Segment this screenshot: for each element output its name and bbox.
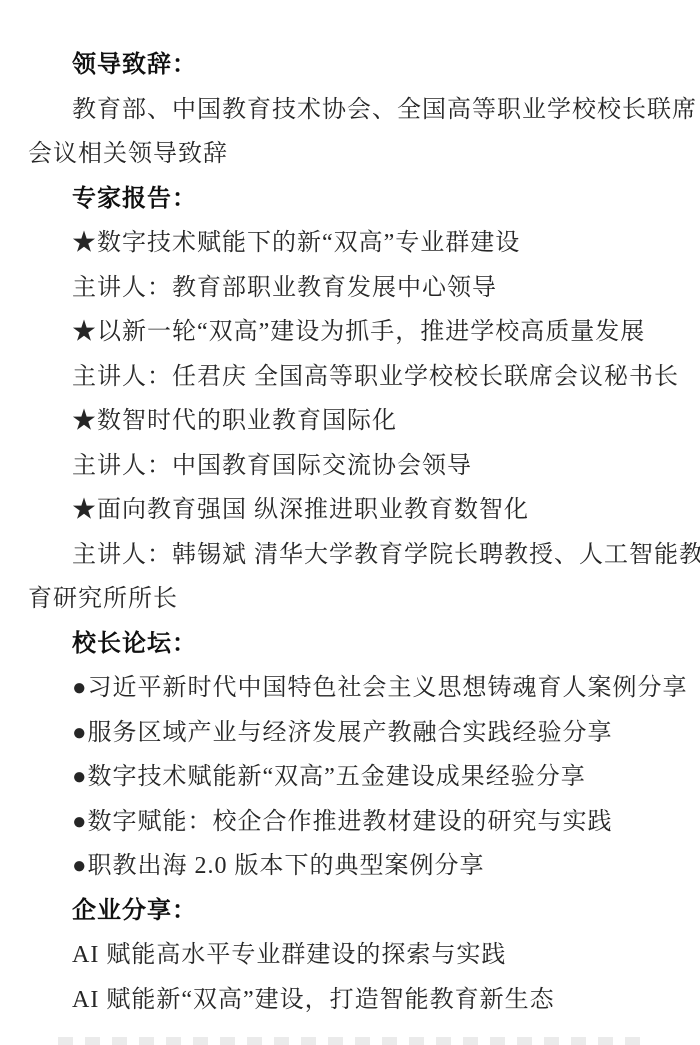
agenda-line-topic: AI 赋能新“双高”建设，打造智能教育新生态 — [28, 978, 672, 1023]
agenda-line-speaker: 主讲人：韩锡斌 清华大学教育学院长聘教授、人工智能教 — [28, 533, 672, 578]
agenda-line-topic: ★以新一轮“双高”建设为抓手，推进学校高质量发展 — [28, 310, 672, 355]
agenda-line-bullet: ●数字赋能：校企合作推进教材建设的研究与实践 — [28, 800, 672, 845]
agenda-line-topic: ★面向教育强国 纵深推进职业教育数智化 — [28, 488, 672, 533]
agenda-line-topic: AI 赋能高水平专业群建设的探索与实践 — [28, 933, 672, 978]
agenda-line-wrap: 育研究所所长 — [28, 577, 672, 622]
section-heading-expert-report: 专家报告： — [28, 177, 672, 222]
section-heading-leader-speech: 领导致辞： — [28, 43, 672, 88]
agenda-line-speaker: 主讲人：教育部职业教育发展中心领导 — [28, 266, 672, 311]
section-heading-enterprise-share: 企业分享： — [28, 889, 672, 934]
document-page: 领导致辞： 教育部、中国教育技术协会、全国高等职业学校校长联席 会议相关领导致辞… — [0, 0, 700, 1022]
agenda-line: 教育部、中国教育技术协会、全国高等职业学校校长联席 — [28, 88, 672, 133]
agenda-line-bullet: ●数字技术赋能新“双高”五金建设成果经验分享 — [28, 755, 672, 800]
agenda-line-speaker: 主讲人：中国教育国际交流协会领导 — [28, 444, 672, 489]
agenda-line-bullet: ●服务区域产业与经济发展产教融合实践经验分享 — [28, 711, 672, 756]
agenda-line-wrap: 会议相关领导致辞 — [28, 132, 672, 177]
cutoff-next-line — [58, 1037, 648, 1045]
section-heading-principal-forum: 校长论坛： — [28, 622, 672, 667]
agenda-line-bullet: ●职教出海 2.0 版本下的典型案例分享 — [28, 844, 672, 889]
agenda-line-speaker: 主讲人：任君庆 全国高等职业学校校长联席会议秘书长 — [28, 355, 672, 400]
agenda-line-topic: ★数智时代的职业教育国际化 — [28, 399, 672, 444]
agenda-line-bullet: ●习近平新时代中国特色社会主义思想铸魂育人案例分享 — [28, 666, 672, 711]
agenda-line-topic: ★数字技术赋能下的新“双高”专业群建设 — [28, 221, 672, 266]
